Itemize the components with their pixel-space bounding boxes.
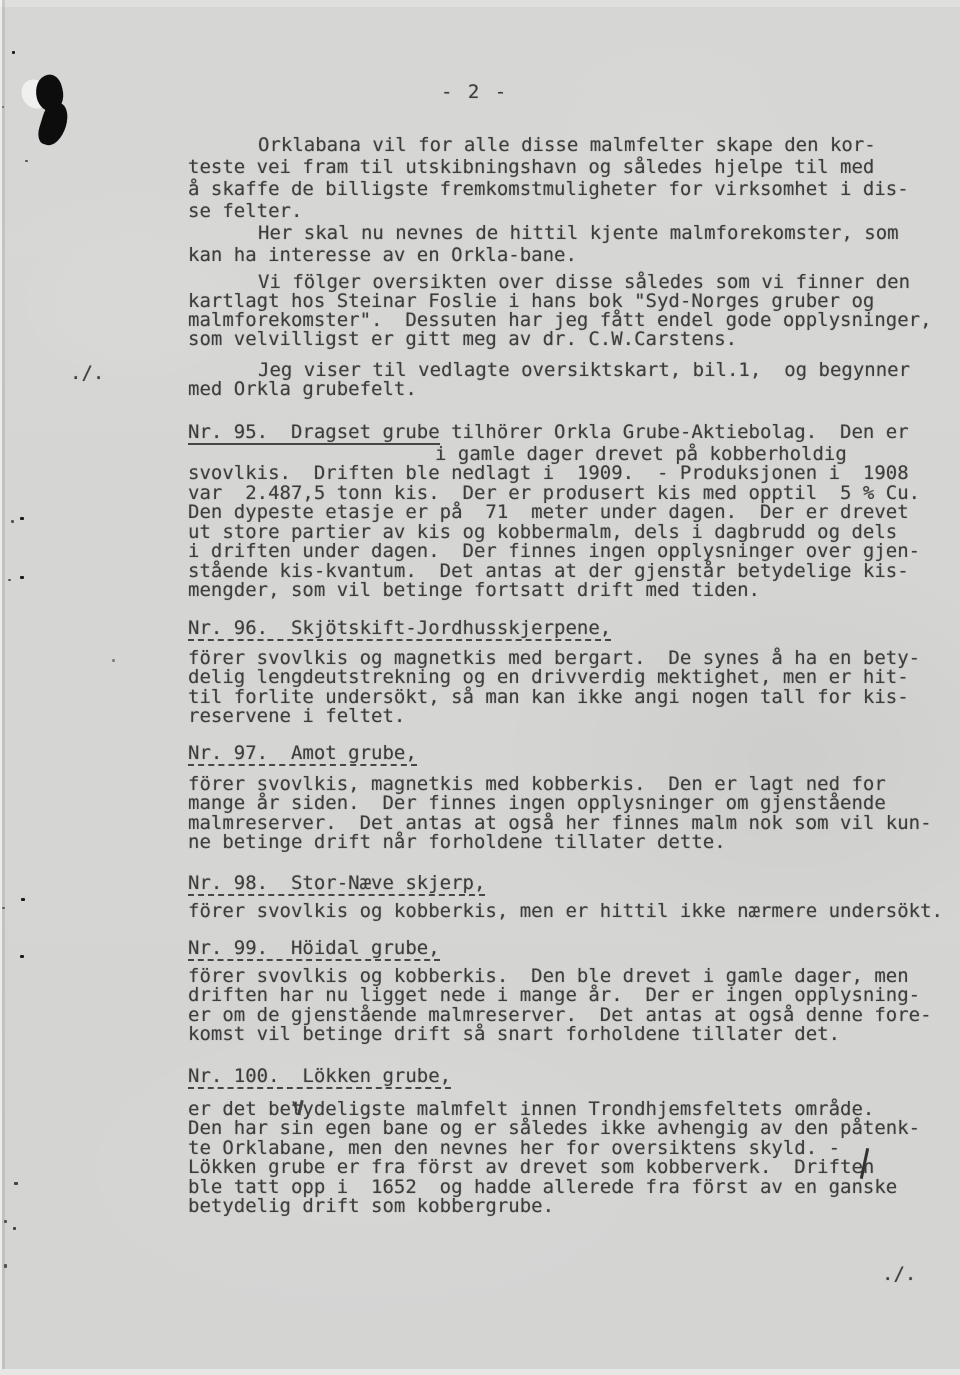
text-line: i driften under dagen. Der finnes ingen …: [188, 542, 920, 562]
scanned-document-page: - 2 - Orklabana vil for alle disse malmf…: [0, 0, 960, 1375]
text-line: Orklabana vil for alle disse malmfelter …: [188, 134, 909, 156]
section-heading-suffix: tilhörer Orkla Grube-Aktiebolag. Den er: [440, 421, 909, 443]
text-line: förer svovlkis og kobberkis, men er hitt…: [188, 902, 943, 922]
scan-edge-bottom: [0, 1369, 960, 1375]
text-line: med Orkla grubefelt.: [188, 380, 910, 399]
ink-speck: [12, 51, 15, 54]
section-heading-line: Nr. 95. Dragset grube tilhörer Orkla Gru…: [188, 423, 920, 445]
section-body: i gamle dager drevet på kobberholdigsvov…: [188, 445, 920, 601]
ink-speck: [14, 1182, 18, 1185]
section-heading-line: Nr. 97. Amot grube,: [188, 744, 932, 766]
ink-speck: [11, 520, 14, 523]
ink-speck: [20, 517, 24, 520]
scan-edge-left-dark: [2, 0, 5, 1375]
paragraph-intro-foslie: Vi fölger oversikten over disse således …: [188, 273, 932, 349]
section-heading: Nr. 97. Amot grube,: [188, 744, 417, 766]
text-line: Den dypeste etasje er på 71 meter under …: [188, 503, 920, 523]
ink-speck: [2, 106, 4, 108]
ink-speck: [25, 160, 28, 162]
section-nr-99-hoidal-grube: Nr. 99. Höidal grube, förer svovlkis og …: [188, 939, 932, 1045]
text-line: kan ha interesse av en Orkla-bane.: [188, 244, 899, 266]
section-body: förer svovlkis og kobberkis, men er hitt…: [188, 902, 943, 922]
text-line: komst vil betinge drift så snart forhold…: [188, 1025, 932, 1045]
text-line: driften har nu ligget nede i mange år. D…: [188, 986, 932, 1006]
section-heading-line: Nr. 98. Stor-Næve skjerp,: [188, 874, 943, 896]
text-line: betydelig drift som kobbergrube.: [188, 1197, 920, 1217]
section-nr-97-amot-grube: Nr. 97. Amot grube, förer svovlkis, magn…: [188, 744, 932, 853]
ink-speck: [21, 898, 25, 901]
text-line: mengder, som vil betinge fortsatt drift …: [188, 581, 920, 601]
scan-edge-top: [0, 0, 960, 7]
text-line: Her skal nu nevnes de hittil kjente malm…: [188, 222, 899, 244]
ink-speck: [8, 579, 11, 581]
text-line: mange år siden. Der finnes ingen opplysn…: [188, 794, 932, 814]
text-line: svovlkis. Driften ble nedlagt i 1909. - …: [188, 464, 920, 484]
section-nr-95-dragset-grube: Nr. 95. Dragset grube tilhörer Orkla Gru…: [188, 423, 920, 601]
section-heading-line: Nr. 100. Lökken grube,: [188, 1067, 920, 1089]
section-nr-100-lokken-grube: Nr. 100. Lökken grube, er det betydeligs…: [188, 1067, 920, 1217]
section-heading-line: Nr. 99. Höidal grube,: [188, 939, 932, 961]
text-line: se felter.: [188, 200, 909, 222]
section-body: förer svovlkis og magnetkis med bergart.…: [188, 649, 920, 727]
paragraph-intro-oversiktskart: Jeg viser til vedlagte oversiktskart, bi…: [188, 361, 910, 399]
text-line: Lökken grube er fra först av drevet som …: [188, 1158, 920, 1178]
text-line: reservene i feltet.: [188, 707, 920, 727]
text-line: ne betinge drift når forholdene tillater…: [188, 833, 932, 853]
text-line: å skaffe de billigste fremkomstmulighete…: [188, 178, 909, 200]
text-line: delig lengdeutstrekning og en drivverdig…: [188, 668, 920, 688]
ink-speck: [112, 659, 115, 662]
ink-speck: [13, 1227, 16, 1230]
text-line: som velvilligst er gitt meg av dr. C.W.C…: [188, 330, 932, 349]
section-heading: Nr. 99. Höidal grube,: [188, 939, 440, 961]
ink-speck: [20, 576, 24, 579]
section-heading: Nr. 95. Dragset grube: [188, 423, 440, 445]
ink-speck: [4, 1220, 7, 1223]
continuation-mark: ./.: [882, 1263, 916, 1285]
ink-speck: [4, 1264, 7, 1268]
ink-speck: [20, 955, 24, 958]
ink-speck: [2, 907, 5, 909]
paragraph-intro-malmforekomster: Her skal nu nevnes de hittil kjente malm…: [188, 222, 899, 266]
section-body: förer svovlkis og kobberkis. Den ble dre…: [188, 967, 932, 1045]
section-heading-line: Nr. 96. Skjötskift-Jordhusskjerpene,: [188, 619, 920, 641]
section-body: förer svovlkis, magnetkis med kobberkis.…: [188, 775, 932, 853]
page-number: - 2 -: [441, 81, 508, 103]
section-body: er det betydeligste malmfelt innen Trond…: [188, 1100, 920, 1217]
margin-reference-mark: ./.: [70, 362, 104, 384]
section-nr-96-skjotskift-jordhusskjerpene: Nr. 96. Skjötskift-Jordhusskjerpene, för…: [188, 619, 920, 727]
text-line: Den har sin egen bane og er således ikke…: [188, 1119, 920, 1139]
section-heading: Nr. 100. Lökken grube,: [188, 1067, 451, 1089]
text-line: teste vei fram til utskibningshavn og så…: [188, 156, 909, 178]
section-heading: Nr. 96. Skjötskift-Jordhusskjerpene,: [188, 619, 611, 641]
section-nr-98-stor-naeve-skjerp: Nr. 98. Stor-Næve skjerp, förer svovlkis…: [188, 874, 943, 921]
paragraph-intro-orklabana: Orklabana vil for alle disse malmfelter …: [188, 134, 909, 222]
section-heading: Nr. 98. Stor-Næve skjerp,: [188, 874, 485, 896]
